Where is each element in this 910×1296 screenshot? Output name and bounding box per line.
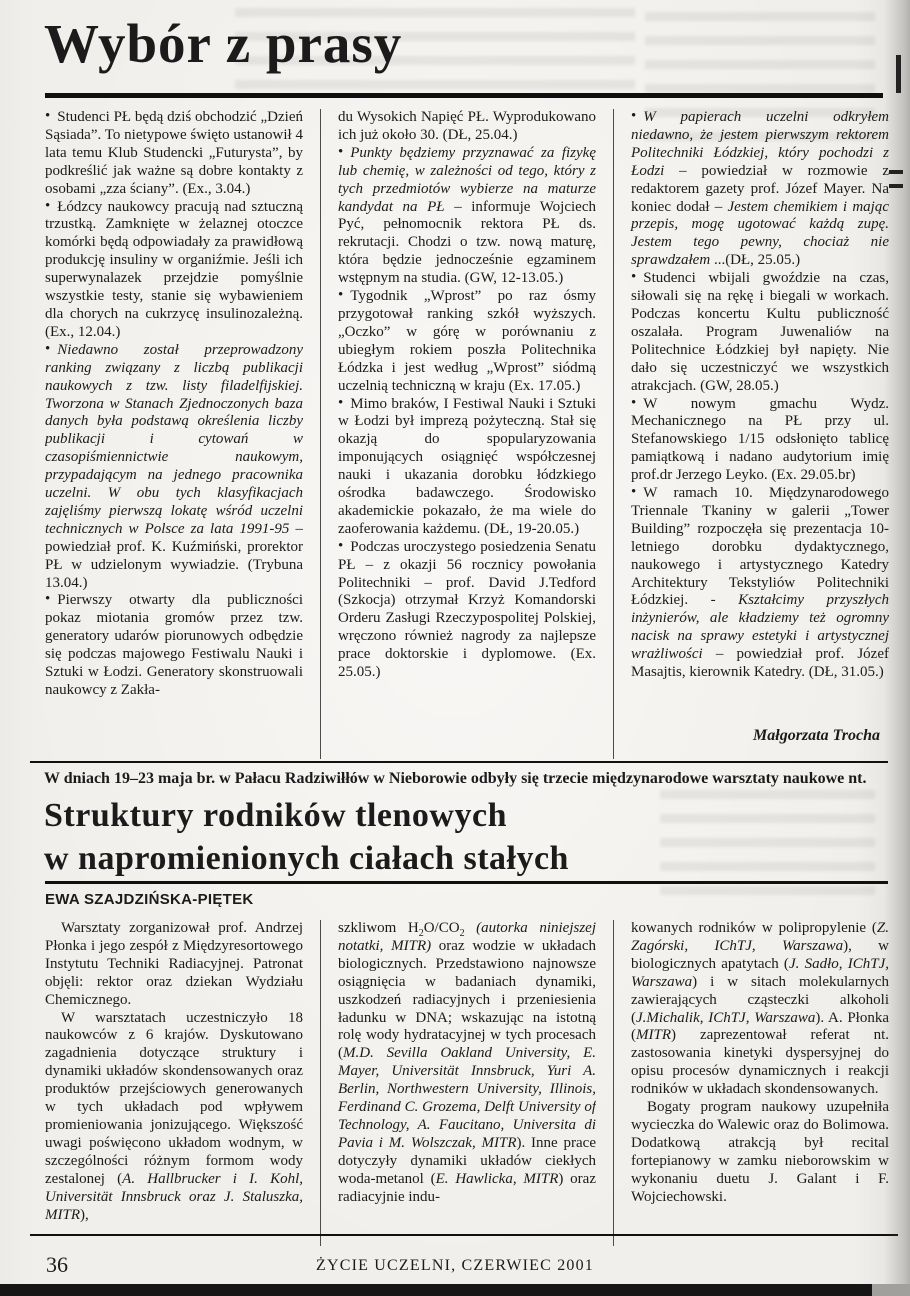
paragraph: •W ramach 10. Międzynarodowego Triennale… — [631, 485, 889, 682]
text-segment: J.Michalik, IChTJ, Warszawa — [636, 1010, 815, 1026]
text-segment: Łódzcy naukowcy pracują nad sztuczną trz… — [45, 199, 303, 340]
bullet-marker: • — [45, 109, 50, 126]
footer-rule — [30, 1234, 898, 1236]
paragraph: •Mimo braków, I Festiwal Nauki i Sztuki … — [338, 396, 596, 539]
bleed-through-artifact — [660, 790, 875, 910]
bottom-scan-bar-end — [872, 1284, 910, 1296]
press-byline: Małgorzata Trocha — [620, 727, 880, 745]
bullet-marker: • — [631, 269, 636, 287]
paragraph: Bogaty program naukowy uzupełniła wyciec… — [631, 1099, 889, 1206]
bullet-marker: • — [631, 109, 636, 126]
scan-mark — [889, 184, 903, 188]
section-divider-rule — [30, 761, 888, 763]
paragraph: •Studenci PŁ będą dziś obchodzić „Dzień … — [45, 109, 303, 199]
bullet-marker: • — [45, 591, 50, 609]
text-segment: Studenci wbijali gwoździe na czas, siłow… — [631, 270, 889, 393]
workshop-title-line2: w napromienionych ciałach stałych — [44, 840, 569, 877]
text-column: szkliwom H2O/CO2 (autorka niniejszej not… — [320, 920, 596, 1246]
text-segment: W warsztatach uczestniczyło 18 naukowców… — [45, 1010, 303, 1187]
text-segment: O/CO — [424, 920, 460, 936]
bullet-marker: • — [45, 198, 50, 216]
bottom-scan-bar — [0, 1284, 872, 1296]
workshop-title-line1: Struktury rodników tlenowych — [44, 797, 507, 834]
text-segment: W nowym gmachu Wydz. Mechanicznego na PŁ… — [631, 396, 889, 484]
paragraph: •Punkty będziemy przyznawać za fizykę lu… — [338, 145, 596, 288]
text-segment: Pierwszy otwarty dla publiczności pokaz … — [45, 592, 303, 698]
text-segment: du Wysokich Napięć PŁ. Wyprodukowano ich… — [338, 109, 596, 143]
paragraph: •Pierwszy otwarty dla publiczności pokaz… — [45, 592, 303, 699]
text-segment: MITR — [636, 1027, 671, 1043]
journal-footer: ŻYCIE UCZELNI, CZERWIEC 2001 — [0, 1257, 910, 1275]
magazine-page: Wybór z prasy •Studenci PŁ będą dziś obc… — [0, 0, 910, 1296]
text-column: du Wysokich Napięć PŁ. Wyprodukowano ich… — [320, 109, 596, 759]
text-segment: ...(DŁ, 25.05.) — [714, 252, 800, 268]
text-segment: ), — [80, 1207, 89, 1223]
author-name: EWA SZAJDZIŃSKA-PIĘTEK — [45, 891, 254, 908]
bullet-marker: • — [631, 484, 636, 502]
workshop-title-rule — [45, 881, 888, 884]
text-segment: Mimo braków, I Festiwal Nauki i Sztuki w… — [338, 396, 596, 537]
bullet-marker: • — [338, 287, 343, 305]
workshop-title: Struktury rodników tlenowychw napromieni… — [44, 794, 569, 880]
paragraph: W warsztatach uczestniczyło 18 naukowców… — [45, 1010, 303, 1225]
text-segment: powiedział prof. K. Kuźmiński, prorektor… — [45, 539, 303, 591]
paragraph: •Niedawno został przeprowadzony ranking … — [45, 342, 303, 593]
paragraph: du Wysokich Napięć PŁ. Wyprodukowano ich… — [338, 109, 596, 145]
bullet-marker: • — [338, 144, 343, 162]
text-segment — [465, 920, 477, 936]
text-segment: Studenci PŁ będą dziś obchodzić „Dzień S… — [45, 109, 303, 197]
paragraph: •Tygodnik „Wprost” po raz ósmy przygotow… — [338, 288, 596, 395]
text-segment: Niedawno został przeprowadzony ranking z… — [45, 342, 303, 537]
text-column: kowanych rodników w polipropylenie (Z. Z… — [613, 920, 889, 1246]
text-segment: Bogaty program naukowy uzupełniła wyciec… — [631, 1099, 889, 1205]
press-review-section: •Studenci PŁ będą dziś obchodzić „Dzień … — [45, 109, 889, 759]
workshop-section: Warsztaty zorganizował prof. Andrzej Pło… — [45, 920, 889, 1246]
text-column: •Studenci PŁ będą dziś obchodzić „Dzień … — [45, 109, 303, 759]
text-segment: E. Hawlicka, MITR — [436, 1171, 559, 1187]
page-title: Wybór z prasy — [44, 6, 402, 82]
workshop-intro-line: W dniach 19–23 maja br. w Pałacu Radziwi… — [44, 769, 894, 789]
bullet-marker: • — [338, 395, 343, 413]
bullet-marker: • — [338, 538, 343, 556]
scan-mark — [896, 55, 901, 93]
paragraph: •W papierach uczelni odkryłem niedawno, … — [631, 109, 889, 270]
paragraph: kowanych rodników w polipropylenie (Z. Z… — [631, 920, 889, 1099]
paragraph: Warsztaty zorganizował prof. Andrzej Pło… — [45, 920, 303, 1010]
paragraph: •W nowym gmachu Wydz. Mechanicznego na P… — [631, 396, 889, 486]
header-rule — [45, 93, 883, 98]
scan-mark — [889, 170, 903, 174]
bullet-marker: • — [631, 395, 636, 413]
right-scan-band — [884, 0, 910, 1296]
text-segment: kowanych rodników w polipropylenie ( — [631, 920, 877, 936]
text-segment: Tygodnik „Wprost” po raz ósmy przygotowa… — [338, 288, 596, 394]
text-segment: Podczas uroczystego posiedzenia Senatu P… — [338, 539, 596, 680]
text-column: •W papierach uczelni odkryłem niedawno, … — [613, 109, 889, 759]
text-column: Warsztaty zorganizował prof. Andrzej Pło… — [45, 920, 303, 1246]
paragraph: •Łódzcy naukowcy pracują nad sztuczną tr… — [45, 199, 303, 342]
bullet-marker: • — [45, 341, 50, 359]
text-segment: W ramach 10. Międzynarodowego Triennale … — [631, 485, 889, 608]
text-segment: szkliwom H — [338, 920, 419, 936]
paragraph: •Studenci wbijali gwoździe na czas, siło… — [631, 270, 889, 395]
paragraph: •Podczas uroczystego posiedzenia Senatu … — [338, 539, 596, 682]
text-segment: oraz wodzie w układach biologicznych. Pr… — [338, 938, 596, 1061]
paragraph: szkliwom H2O/CO2 (autorka niniejszej not… — [338, 920, 596, 1207]
text-segment: Warsztaty zorganizował prof. Andrzej Pło… — [45, 920, 303, 1008]
